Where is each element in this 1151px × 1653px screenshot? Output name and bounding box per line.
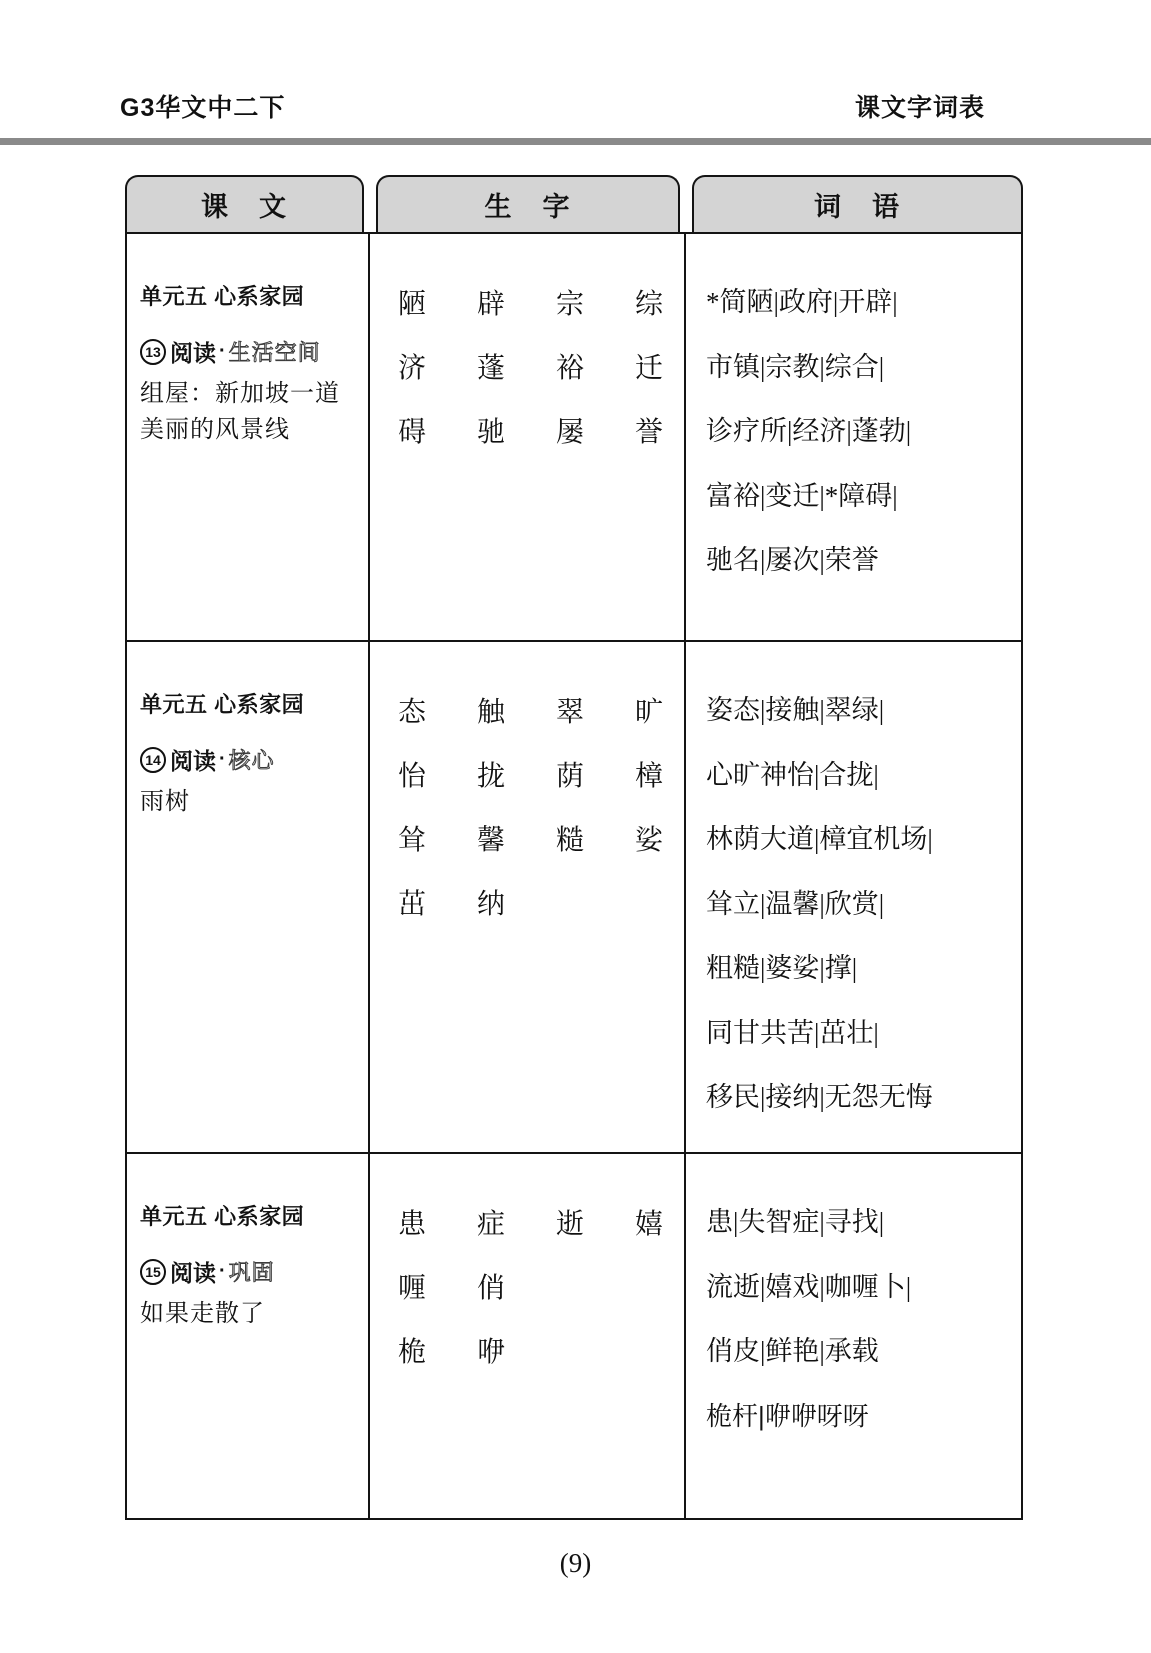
- word-line: 姿态|接触|翠绿|: [706, 678, 1017, 743]
- page-number: (9): [0, 1548, 1151, 1579]
- word-line: 耸立|温馨|欣赏|: [706, 872, 1017, 937]
- word-line: 林荫大道|樟宜机场|: [706, 807, 1017, 872]
- new-character: 触: [477, 690, 556, 730]
- separator-dot: ·: [219, 1260, 226, 1283]
- new-character: 症: [477, 1202, 556, 1242]
- new-character: 宗: [556, 282, 635, 322]
- lesson-title-line: 美丽的风景线: [140, 412, 360, 448]
- word-line: 驰名|屡次|荣誉: [706, 528, 1017, 593]
- new-characters-cell: 患 症 逝 嬉 喱 俏 桅 咿: [370, 1154, 686, 1518]
- new-character: 屡: [556, 410, 635, 450]
- new-character: 态: [398, 690, 477, 730]
- new-character: 蓬: [477, 346, 556, 386]
- word-line: 患|失智症|寻找|: [706, 1190, 1017, 1255]
- unit-label: 单元五 心系家园: [140, 1200, 360, 1231]
- new-character: 喱: [398, 1266, 477, 1306]
- words-cell: 姿态|接触|翠绿| 心旷神怡|合拢| 林荫大道|樟宜机场| 耸立|温馨|欣赏| …: [686, 642, 1021, 1152]
- lesson-title-line: 组屋：新加坡一道: [140, 376, 360, 412]
- unit-label: 单元五 心系家园: [140, 280, 360, 311]
- word-line: 粗糙|婆娑|撑|: [706, 936, 1017, 1001]
- lesson-theme: 巩固: [229, 1256, 275, 1287]
- new-character: 耸: [398, 818, 477, 858]
- word-line: 同甘共苦|茁壮|: [706, 1001, 1017, 1066]
- document-page: G3华文中二下 课文字词表 课 文 生 字 词 语 单元五 心系家园 13 阅读…: [0, 0, 1151, 1653]
- lesson-theme: 核心: [229, 744, 275, 775]
- words-cell: *简陋|政府|开辟| 市镇|宗教|综合| 诊疗所|经济|蓬勃| 富裕|变迁|*障…: [686, 234, 1021, 640]
- character-row: 碍 驰 屡 誉: [398, 398, 684, 462]
- new-character: 茁: [398, 882, 477, 922]
- separator-dot: ·: [219, 340, 226, 363]
- lesson-number-badge: 13: [140, 339, 166, 365]
- new-character: 患: [398, 1202, 477, 1242]
- character-row: 茁 纳: [398, 870, 684, 934]
- words-cell: 患|失智症|寻找| 流逝|嬉戏|咖喱卜| 俏皮|鲜艳|承载 桅杆|咿咿呀呀: [686, 1154, 1021, 1518]
- lesson-number-badge: 15: [140, 1259, 166, 1285]
- vocabulary-table: 课 文 生 字 词 语 单元五 心系家园 13 阅读 · 生活空间 组屋：新加坡…: [125, 175, 1023, 1520]
- character-row: 喱 俏: [398, 1254, 684, 1318]
- character-row: 陋 辟 宗 综: [398, 270, 684, 334]
- word-line: 市镇|宗教|综合|: [706, 335, 1017, 400]
- lesson-line: 14 阅读 · 核心: [140, 743, 360, 776]
- page-header: G3华文中二下 课文字词表: [120, 88, 985, 124]
- new-character: 桅: [398, 1330, 477, 1370]
- new-characters-cell: 陋 辟 宗 综 济 蓬 裕 迁 碍 驰 屡 誉: [370, 234, 686, 640]
- table-row: 单元五 心系家园 13 阅读 · 生活空间 组屋：新加坡一道 美丽的风景线 陋 …: [127, 234, 1021, 642]
- column-header-characters: 生 字: [376, 175, 680, 232]
- table-row: 单元五 心系家园 15 阅读 · 巩固 如果走散了 患 症 逝 嬉: [127, 1154, 1021, 1518]
- new-characters-cell: 态 触 翠 旷 怡 拢 荫 樟 耸 馨 糙 娑: [370, 642, 686, 1152]
- table-body: 单元五 心系家园 13 阅读 · 生活空间 组屋：新加坡一道 美丽的风景线 陋 …: [125, 232, 1023, 1520]
- word-line: 俏皮|鲜艳|承载: [706, 1319, 1017, 1384]
- new-character: 翠: [556, 690, 635, 730]
- word-line: 流逝|嬉戏|咖喱卜|: [706, 1255, 1017, 1320]
- table-row: 单元五 心系家园 14 阅读 · 核心 雨树 态 触 翠 旷: [127, 642, 1021, 1154]
- new-character: 裕: [556, 346, 635, 386]
- word-line: 富裕|变迁|*障碍|: [706, 464, 1017, 529]
- character-row: 患 症 逝 嬉: [398, 1190, 684, 1254]
- lesson-type: 阅读: [170, 743, 216, 776]
- new-character: 纳: [477, 882, 556, 922]
- word-line: 移民|接纳|无怨无悔: [706, 1065, 1017, 1130]
- new-character: 馨: [477, 818, 556, 858]
- new-character: 拢: [477, 754, 556, 794]
- character-row: 态 触 翠 旷: [398, 678, 684, 742]
- new-character: 陋: [398, 282, 477, 322]
- new-character: 荫: [556, 754, 635, 794]
- new-character: 济: [398, 346, 477, 386]
- lesson-title-line: 如果走散了: [140, 1296, 360, 1332]
- column-header-words: 词 语: [692, 175, 1023, 232]
- new-character: 俏: [477, 1266, 556, 1306]
- header-rule: [0, 138, 1151, 145]
- word-line: 心旷神怡|合拢|: [706, 743, 1017, 808]
- table-header-row: 课 文 生 字 词 语: [125, 175, 1023, 232]
- word-line: 桅杆|咿咿呀呀: [706, 1384, 1017, 1449]
- lesson-number-badge: 14: [140, 747, 166, 773]
- lesson-cell: 单元五 心系家园 15 阅读 · 巩固 如果走散了: [127, 1154, 370, 1518]
- column-header-lesson: 课 文: [125, 175, 364, 232]
- lesson-line: 13 阅读 · 生活空间: [140, 335, 360, 368]
- separator-dot: ·: [219, 748, 226, 771]
- new-character: 糙: [556, 818, 635, 858]
- character-row: 耸 馨 糙 娑: [398, 806, 684, 870]
- lesson-title-line: 雨树: [140, 784, 360, 820]
- lesson-cell: 单元五 心系家园 13 阅读 · 生活空间 组屋：新加坡一道 美丽的风景线: [127, 234, 370, 640]
- new-character: 驰: [477, 410, 556, 450]
- lesson-line: 15 阅读 · 巩固: [140, 1255, 360, 1288]
- word-line: 诊疗所|经济|蓬勃|: [706, 399, 1017, 464]
- word-line: *简陋|政府|开辟|: [706, 270, 1017, 335]
- unit-label: 单元五 心系家园: [140, 688, 360, 719]
- lesson-type: 阅读: [170, 335, 216, 368]
- lesson-type: 阅读: [170, 1255, 216, 1288]
- new-character: 逝: [556, 1202, 635, 1242]
- lesson-theme: 生活空间: [229, 336, 321, 367]
- character-row: 桅 咿: [398, 1318, 684, 1382]
- new-character: 咿: [477, 1330, 556, 1370]
- lesson-cell: 单元五 心系家园 14 阅读 · 核心 雨树: [127, 642, 370, 1152]
- new-character: 碍: [398, 410, 477, 450]
- character-row: 济 蓬 裕 迁: [398, 334, 684, 398]
- new-character: 辟: [477, 282, 556, 322]
- character-row: 怡 拢 荫 樟: [398, 742, 684, 806]
- new-character: 怡: [398, 754, 477, 794]
- doc-section-title: 课文字词表: [855, 88, 985, 124]
- doc-title: G3华文中二下: [120, 88, 285, 124]
